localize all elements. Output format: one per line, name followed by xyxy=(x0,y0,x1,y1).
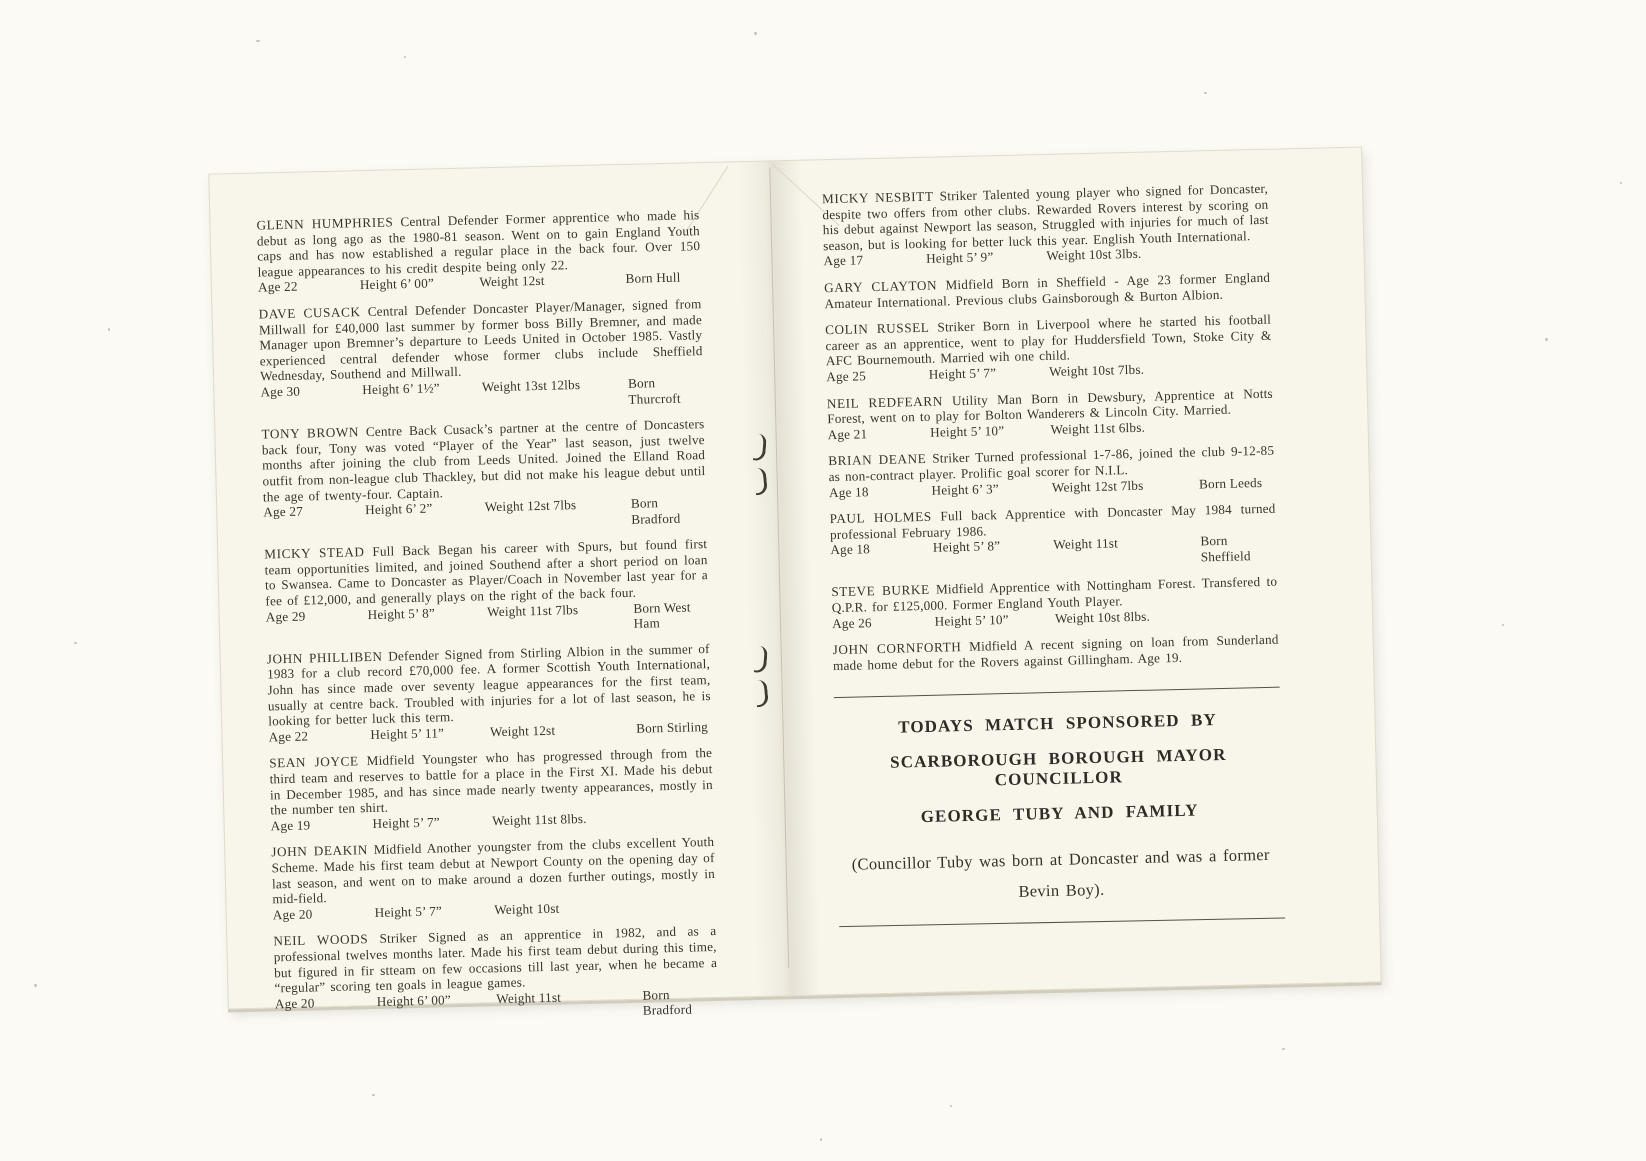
player-entry: TONY BROWN Centre Back Cusack’s partner … xyxy=(261,416,706,536)
centre-fold-line xyxy=(769,167,789,967)
player-entry: JOHN DEAKIN Midfield Another youngster f… xyxy=(271,834,716,922)
player-name: NEIL WOODS xyxy=(273,932,368,949)
dust-speck xyxy=(1204,92,1207,94)
player-name: JOHN DEAKIN xyxy=(271,843,368,860)
player-name: BRIAN DEANE xyxy=(828,451,926,468)
player-height: Height 5’ 8” xyxy=(933,537,1054,571)
dust-speck xyxy=(754,32,757,35)
player-weight: Weight 12st 7lbs xyxy=(485,496,632,531)
player-age: Age 25 xyxy=(826,367,929,385)
player-weight: Weight 11st xyxy=(1053,534,1201,569)
player-weight: Weight 10st 3lbs. xyxy=(1046,245,1193,264)
player-born: Born Sheffield xyxy=(1200,532,1277,565)
divider-rule-bottom xyxy=(839,918,1285,928)
staple xyxy=(754,434,769,495)
sponsor-note: (Councillor Tuby was born at Doncaster a… xyxy=(848,839,1273,911)
player-age: Age 19 xyxy=(271,816,373,834)
sponsor-heading-line3: GEORGE TUBY AND FAMILY xyxy=(836,799,1282,830)
staple xyxy=(755,646,770,707)
dust-speck xyxy=(950,1105,952,1107)
player-height: Height 5’ 7” xyxy=(374,902,494,920)
player-entry: JOHN PHILLIBEN Defender Signed from Stir… xyxy=(267,641,712,745)
player-name: DAVE CUSACK xyxy=(258,304,360,321)
player-weight: Weight 11st 7lbs xyxy=(487,600,634,635)
programme-page: GLENN HUMPHRIES Central Defender Former … xyxy=(208,147,1381,1010)
dust-speck xyxy=(372,1094,375,1096)
player-born xyxy=(1193,243,1269,260)
player-age: Age 21 xyxy=(827,424,930,442)
player-born: Born Bradford xyxy=(642,986,718,1019)
player-height: Height 5’ 11” xyxy=(370,724,490,742)
player-entry: GLENN HUMPHRIES Central Defender Former … xyxy=(256,207,701,295)
dust-speck xyxy=(1545,338,1548,341)
player-weight: Weight 11st xyxy=(496,987,643,1022)
player-entry: NEIL REDFEARN Utility Man Born in Dewsbu… xyxy=(827,385,1274,442)
dust-speck xyxy=(74,642,77,644)
sponsor-block: TODAYS MATCH SPONSORED BY SCARBOROUGH BO… xyxy=(834,687,1285,928)
player-height: Height 6’ 2” xyxy=(365,499,485,533)
player-height: Height 6’ 3” xyxy=(931,479,1052,497)
player-name: SEAN JOYCE xyxy=(269,754,359,771)
player-weight: Weight 12st 7lbs xyxy=(1052,476,1199,495)
player-entry: DAVE CUSACK Central Defender Doncaster P… xyxy=(258,296,703,416)
player-height: Height 5’ 10” xyxy=(934,611,1055,629)
player-born xyxy=(638,808,714,825)
player-age: Age 18 xyxy=(830,540,933,574)
scan-background: GLENN HUMPHRIES Central Defender Former … xyxy=(0,0,1646,1161)
right-page-column: MICKY NESBITT Striker Talented young pla… xyxy=(822,181,1285,929)
player-age: Age 20 xyxy=(275,994,378,1028)
player-weight: Weight 11st 6lbs. xyxy=(1050,418,1197,437)
player-age: Age 20 xyxy=(273,905,375,923)
player-age: Age 27 xyxy=(263,502,366,536)
player-born: Born Leeds xyxy=(1199,474,1275,491)
player-weight: Weight 10st 8lbs. xyxy=(1055,607,1202,626)
player-age: Age 26 xyxy=(832,613,935,631)
player-name: COLIN RUSSEL xyxy=(825,320,930,337)
player-weight: Weight 13st 12lbs xyxy=(482,376,629,411)
player-entry: GARY CLAYTON Midfield Born in Sheffield … xyxy=(824,270,1271,312)
player-weight: Weight 12st xyxy=(479,271,626,290)
player-height: Height 5’ 9” xyxy=(926,248,1047,266)
divider-rule-top xyxy=(834,687,1280,699)
player-height: Height 6’ 00” xyxy=(360,275,480,293)
player-entry: MICKY STEAD Full Back Began his career w… xyxy=(264,536,709,640)
dust-speck xyxy=(820,1138,822,1141)
player-height: Height 5’ 7” xyxy=(929,364,1050,382)
player-name: MICKY STEAD xyxy=(264,544,365,561)
player-entry: BRIAN DEANE Striker Turned professional … xyxy=(828,443,1275,500)
dust-speck xyxy=(1620,182,1622,184)
dust-speck xyxy=(404,56,406,58)
player-height: Height 5’ 7” xyxy=(372,813,492,831)
player-entry: SEAN JOYCE Midfield Youngster who has pr… xyxy=(269,745,714,833)
dust-speck xyxy=(108,328,110,331)
player-entry: COLIN RUSSEL Striker Born in Liverpool w… xyxy=(825,312,1272,385)
player-entry: JOHN CORNFORTH Midfield A recent signing… xyxy=(833,632,1280,674)
player-born: Born Stirling xyxy=(636,719,712,736)
player-weight: Weight 10st 7lbs. xyxy=(1049,360,1196,379)
dust-speck xyxy=(1282,1048,1285,1050)
player-age: Age 17 xyxy=(823,251,926,269)
player-entry: PAUL HOLMES Full back Apprentice with Do… xyxy=(829,501,1276,574)
player-born: Born West Ham xyxy=(633,599,709,632)
player-age: Age 30 xyxy=(260,382,363,416)
player-entry: STEVE BURKE Midfield Apprentice with Not… xyxy=(831,574,1278,631)
player-born xyxy=(1196,359,1272,376)
dust-speck xyxy=(256,40,260,42)
player-height: Height 5’ 8” xyxy=(367,604,487,638)
dust-speck xyxy=(34,984,37,987)
sponsor-heading-line1: TODAYS MATCH SPONSORED BY xyxy=(834,709,1280,740)
player-born xyxy=(640,897,716,914)
player-age: Age 29 xyxy=(266,607,369,641)
player-weight: Weight 12st xyxy=(490,721,637,740)
player-name: PAUL HOLMES xyxy=(829,509,931,526)
player-height: Height 6’ 1½” xyxy=(362,379,482,413)
player-weight: Weight 11st 8lbs. xyxy=(492,810,639,829)
player-entry: NEIL WOODS Striker Signed as an apprenti… xyxy=(273,923,718,1027)
player-age: Age 18 xyxy=(829,482,932,500)
player-name: STEVE BURKE xyxy=(831,582,930,599)
player-height: Height 5’ 10” xyxy=(930,422,1051,440)
player-name: TONY BROWN xyxy=(261,424,359,441)
player-height: Height 6’ 00” xyxy=(377,991,497,1025)
player-born: Born Thurcroft xyxy=(628,374,704,407)
dust-speck xyxy=(1502,624,1504,626)
player-entry: MICKY NESBITT Striker Talented young pla… xyxy=(822,181,1270,269)
player-age: Age 22 xyxy=(258,278,360,296)
left-page-column: GLENN HUMPHRIES Central Defender Former … xyxy=(256,207,718,1038)
sponsor-heading-line2: SCARBOROUGH BOROUGH MAYOR COUNCILLOR xyxy=(835,744,1282,794)
player-born xyxy=(1202,605,1278,622)
player-weight: Weight 10st xyxy=(494,898,641,917)
player-age: Age 22 xyxy=(268,727,370,745)
player-born: Born Hull xyxy=(625,270,701,287)
player-born: Born Bradford xyxy=(631,494,707,527)
player-born xyxy=(1198,416,1274,433)
